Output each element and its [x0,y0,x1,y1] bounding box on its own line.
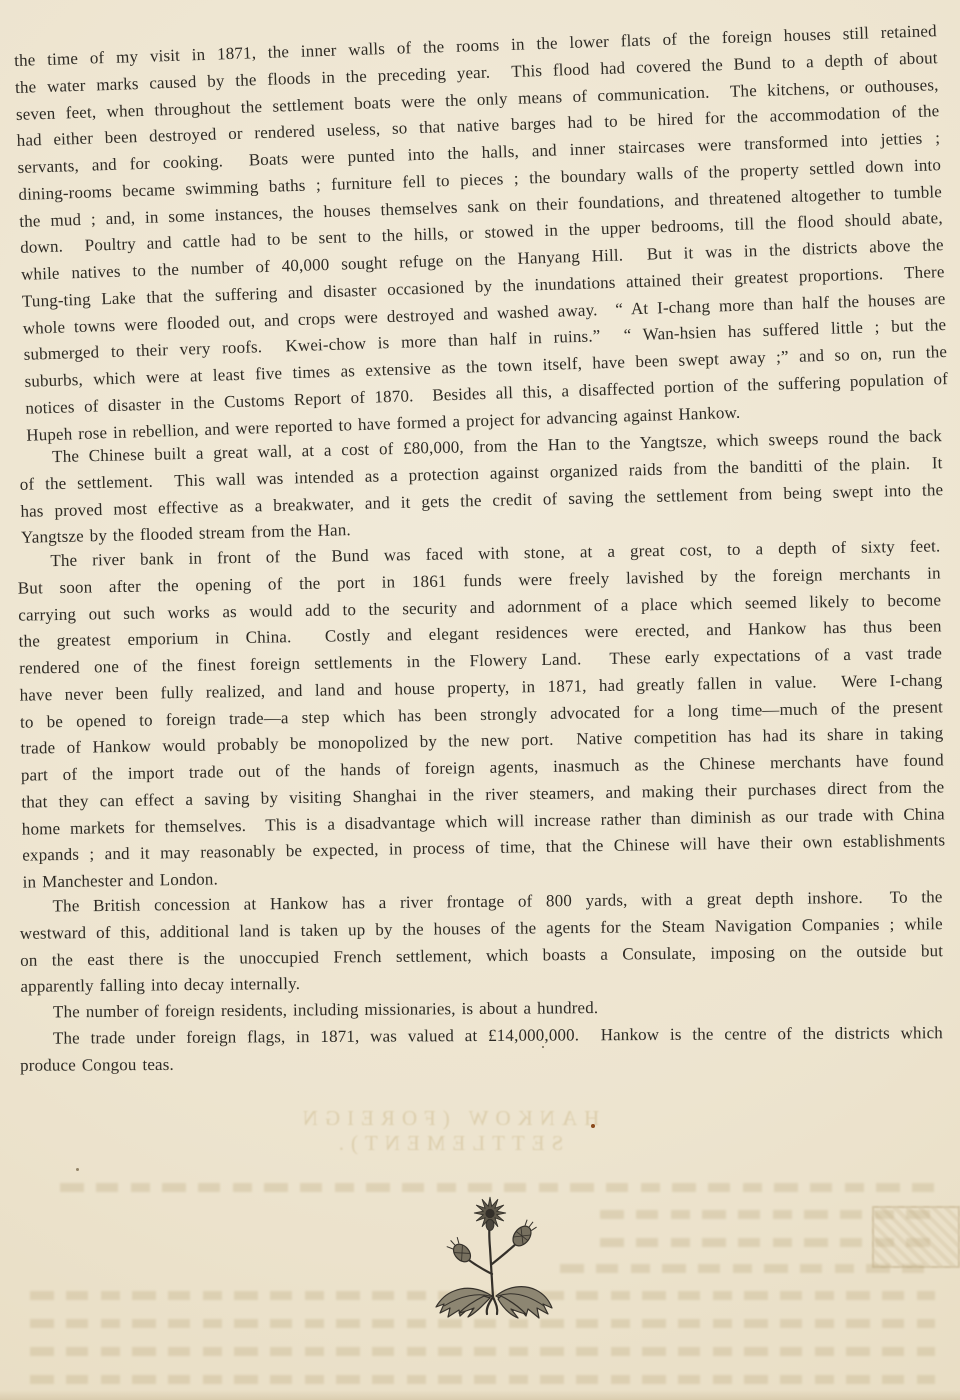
bleedthrough-line [600,1238,935,1247]
text-line: The trade under foreign flags, in 1871, … [20,1020,943,1052]
bleedthrough-heading: HANKOW (FOREIGN SETTLEMENT). [200,1106,695,1136]
paragraph: The river bank in front of the Bund was … [17,534,946,897]
floral-tailpiece-illustration [432,1196,556,1322]
bleedthrough-line [600,1210,935,1219]
paper-speck [76,1168,79,1171]
paragraph: the time of my visit in 1871, the inner … [14,18,949,449]
bleedthrough-line [30,1375,935,1384]
paragraph: The British concession at Hankow has a r… [19,884,943,1001]
bleedthrough-line [60,1183,935,1192]
bleedthrough-line [30,1347,935,1356]
bleedthrough-drop-cap [872,1206,960,1268]
bleedthrough-line [30,1319,935,1328]
book-page-scan: HANKOW (FOREIGN SETTLEMENT). the time of… [0,0,960,1400]
bleedthrough-line [30,1291,935,1300]
text-block: the time of my visit in 1871, the inner … [20,33,943,1076]
paragraph: The Chinese built a great wall, at a cos… [19,423,944,552]
paragraph: The trade under foreign flags, in 1871, … [20,1020,943,1079]
text-line: produce Congou teas. [20,1047,943,1079]
paper-speck [591,1124,595,1128]
bleedthrough-line [560,1264,935,1273]
